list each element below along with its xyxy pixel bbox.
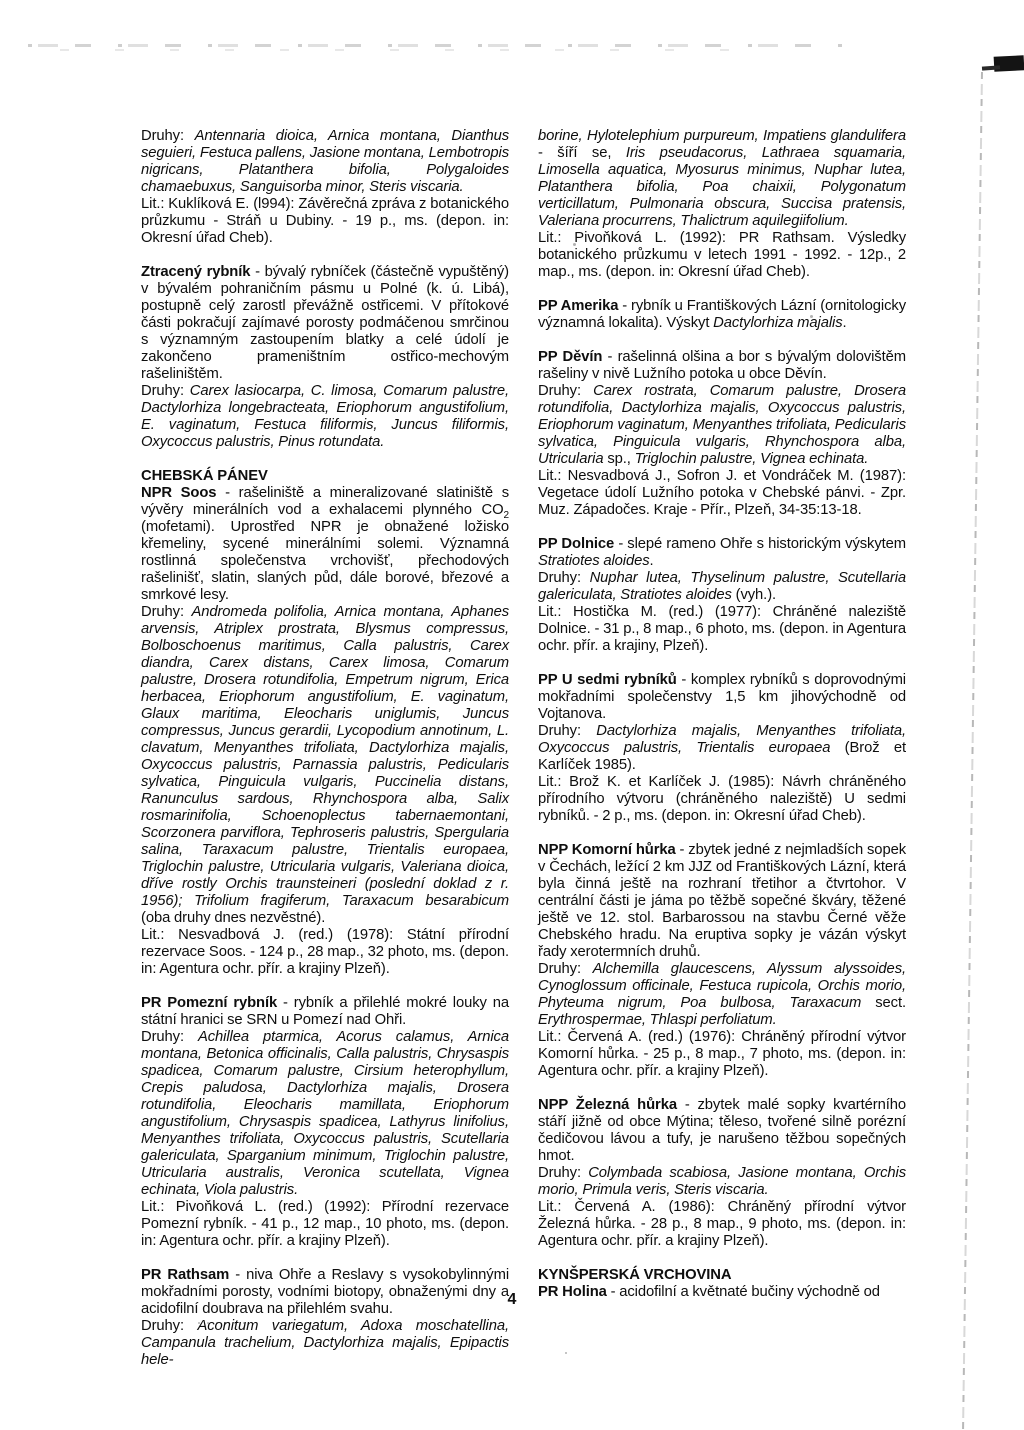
paragraph: Lit.: Červená A. (red.) (1976): Chráněný… <box>538 1029 906 1080</box>
text-run: NPR Soos <box>141 485 216 501</box>
text-run: PR Rathsam <box>141 1267 229 1283</box>
text-run: . <box>843 315 847 331</box>
text-column-left: Druhy: Antennaria dioica, Arnica montana… <box>141 128 509 1369</box>
text-run: Lit.: Brož K. et Karlíček J. (1985): Náv… <box>538 774 906 824</box>
scan-artifact-top-dashes <box>28 44 843 47</box>
text-run: Lit.: Kuklíková E. (l994): Závěrečná zpr… <box>141 196 509 246</box>
text-run: Druhy: <box>538 961 593 977</box>
text-run: Lit.: Pivoňková L. (1992): PR Rathsam. V… <box>538 230 906 280</box>
text-run: NPP Železná hůrka <box>538 1097 677 1113</box>
text-run: (oba druhy dnes nezvěstné). <box>141 910 325 926</box>
paragraph: Druhy: Antennaria dioica, Arnica montana… <box>141 128 509 196</box>
text-run: Dactylorhiza majalis <box>713 315 842 331</box>
text-run: Andromeda polifolia, Arnica montana, Aph… <box>141 604 509 909</box>
scan-artifact-speck <box>565 1352 567 1354</box>
text-run: Carex lasiocarpa, C. limosa, Comarum pal… <box>141 383 509 450</box>
text-run: Lit.: Hostička M. (red.) (1977): Chráněn… <box>538 604 906 654</box>
text-run: - bývalý rybníček (částečně vypuštěný) v… <box>141 264 509 382</box>
paragraph: Druhy: Carex rostrata, Comarum palustre,… <box>538 383 906 468</box>
paragraph: Druhy: Colymbada scabiosa, Jasione monta… <box>538 1165 906 1199</box>
paragraph: PP U sedmi rybníků - komplex rybníků s d… <box>538 672 906 723</box>
scan-artifact-top-dashes-minor <box>60 49 760 51</box>
text-run: Antennaria dioica, Arnica montana, Diant… <box>141 128 509 195</box>
text-run: PP Amerika <box>538 298 618 314</box>
paragraph: Lit.: Nesvadbová J., Sofron J. et Vondrá… <box>538 468 906 519</box>
paragraph: PP Dolnice - slepé rameno Ohře s histori… <box>538 536 906 570</box>
paragraph: PP Amerika - rybník u Františkových Lázn… <box>538 298 906 332</box>
text-run: Lit.: Nesvadbová J., Sofron J. et Vondrá… <box>538 468 906 518</box>
paragraph: PP Děvín - rašelinná olšina a bor s býva… <box>538 349 906 383</box>
paragraph: Lit.: Hostička M. (red.) (1977): Chráněn… <box>538 604 906 655</box>
section-heading: CHEBSKÁ PÁNEV <box>141 468 509 485</box>
paragraph: Druhy: Aconitum variegatum, Adoxa moscha… <box>141 1318 509 1369</box>
paragraph: NPP Komorní hůrka - zbytek jedné z nejml… <box>538 842 906 961</box>
paragraph: Ztracený rybník - bývalý rybníček (částe… <box>141 264 509 383</box>
text-run: Druhy: <box>538 383 593 399</box>
text-run: Druhy: <box>538 723 596 739</box>
paragraph: Lit.: Červená A. (1986): Chráněný přírod… <box>538 1199 906 1250</box>
text-run: sp., <box>604 451 635 467</box>
paragraph: Druhy: Nuphar lutea, Thyselinum palustre… <box>538 570 906 604</box>
paragraph: Lit.: Pivoňková L. (red.) (1992): Přírod… <box>141 1199 509 1250</box>
paragraph: Lit.: Kuklíková E. (l994): Závěrečná zpr… <box>141 196 509 247</box>
paragraph: borine, Hylotelephium purpureum, Impatie… <box>538 128 906 230</box>
text-run: Lit.: Pivoňková L. (red.) (1992): Přírod… <box>141 1199 509 1249</box>
paragraph: Lit.: Brož K. et Karlíček J. (1985): Náv… <box>538 774 906 825</box>
scanned-document-page: { "document": { "language": "cs", "foote… <box>0 0 1024 1430</box>
text-run: KYNŠPERSKÁ VRCHOVINA <box>538 1267 731 1283</box>
scan-artifact-page-edge-line <box>962 72 983 1430</box>
text-run: - šíří se, <box>538 145 626 161</box>
text-run: PP U sedmi rybníků <box>538 672 677 688</box>
text-run: borine, Hylotelephium purpureum, Impatie… <box>538 128 906 144</box>
text-run: Alchemilla glaucescens, Alyssum alyssoid… <box>538 961 906 1011</box>
paragraph: PR Pomezní rybník - rybník a přilehlé mo… <box>141 995 509 1029</box>
text-run: - zbytek jedné z nejmladších sopek v Čec… <box>538 842 906 960</box>
paragraph: Lit.: Pivoňková L. (1992): PR Rathsam. V… <box>538 230 906 281</box>
paragraph: Druhy: Alchemilla glaucescens, Alyssum a… <box>538 961 906 1029</box>
text-run: Druhy: <box>538 1165 588 1181</box>
text-run: Druhy: <box>538 570 590 586</box>
text-run: Ztracený rybník <box>141 264 250 280</box>
text-run: - slepé rameno Ohře s historickým výskyt… <box>614 536 906 552</box>
page-number: 4 <box>0 1291 1024 1309</box>
text-run: Druhy: <box>141 383 190 399</box>
text-run: sect. <box>861 995 906 1011</box>
text-run: Erythrospermae, Thlaspi perfoliatum. <box>538 1012 777 1028</box>
text-run: PP Děvín <box>538 349 602 365</box>
paragraph: Druhy: Achillea ptarmica, Acorus calamus… <box>141 1029 509 1199</box>
text-run: Lit.: Červená A. (red.) (1976): Chráněný… <box>538 1029 906 1079</box>
text-run: CHEBSKÁ PÁNEV <box>141 468 268 484</box>
paragraph: Druhy: Carex lasiocarpa, C. limosa, Coma… <box>141 383 509 451</box>
text-run: (mofetami). Uprostřed NPR je obnažené lo… <box>141 519 509 603</box>
text-column-right: borine, Hylotelephium purpureum, Impatie… <box>538 128 906 1301</box>
text-run: Triglochin palustre, Vignea echinata. <box>635 451 869 467</box>
paragraph: Lit.: Nesvadbová J. (red.) (1978): Státn… <box>141 927 509 978</box>
text-run: Achillea ptarmica, Acorus calamus, Arnic… <box>141 1029 509 1198</box>
text-run: . <box>650 553 654 569</box>
text-run: Aconitum variegatum, Adoxa moschatellina… <box>141 1318 509 1368</box>
text-run: PP Dolnice <box>538 536 614 552</box>
text-run: Druhy: <box>141 128 195 144</box>
text-run: Lit.: Nesvadbová J. (red.) (1978): Státn… <box>141 927 509 977</box>
paragraph: NPP Železná hůrka - zbytek malé sopky kv… <box>538 1097 906 1165</box>
paragraph: NPR Soos - rašeliniště a mineralizované … <box>141 485 509 604</box>
text-run: Druhy: <box>141 604 191 620</box>
paragraph: Druhy: Andromeda polifolia, Arnica monta… <box>141 604 509 927</box>
text-run: Stratiotes aloides <box>538 553 650 569</box>
text-run: Druhy: <box>141 1318 197 1334</box>
text-run: Colymbada scabiosa, Jasione montana, Orc… <box>538 1165 906 1198</box>
paragraph: Druhy: Dactylorhiza majalis, Menyanthes … <box>538 723 906 774</box>
text-run: Lit.: Červená A. (1986): Chráněný přírod… <box>538 1199 906 1249</box>
text-run: NPP Komorní hůrka <box>538 842 676 858</box>
text-run: (vyh.). <box>732 587 776 603</box>
text-run: Nuphar lutea, Thyselinum palustre, Scute… <box>538 570 906 603</box>
text-run: PR Pomezní rybník <box>141 995 277 1011</box>
section-heading: KYNŠPERSKÁ VRCHOVINA <box>538 1267 906 1284</box>
text-run: Druhy: <box>141 1029 198 1045</box>
